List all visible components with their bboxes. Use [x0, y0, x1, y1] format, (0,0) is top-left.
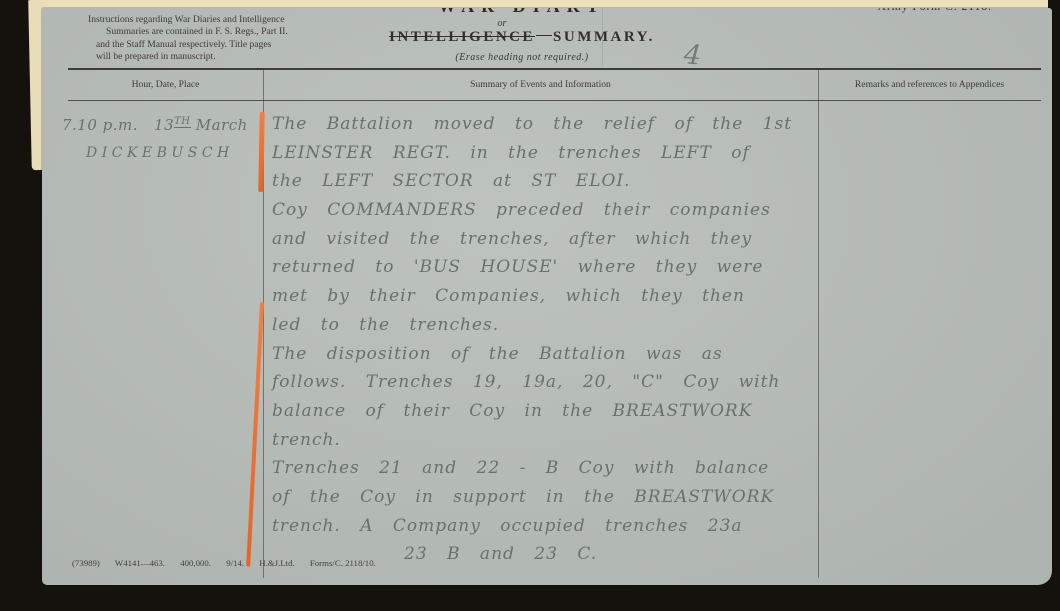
erase-heading-note: (Erase heading not required.) — [342, 52, 702, 63]
imprint-part: Forms/C. 2118/10. — [310, 558, 376, 568]
alt-title-struck-word: INTELLIGENCE — [389, 29, 535, 45]
imprint-part: H.&J.Ltd. — [259, 558, 294, 568]
alt-title-rest: SUMMARY. — [553, 29, 655, 45]
diary-line: and visited the trenches, after which th… — [272, 229, 862, 258]
diary-line: led to the trenches. — [272, 315, 862, 344]
diary-line: trench. — [272, 430, 862, 459]
imprint-part: 9/14. — [226, 558, 244, 568]
diary-line: LEINSTER REGT. in the trenches LEFT of — [272, 143, 862, 172]
diary-line: trench. A Company occupied trenches 23a — [272, 516, 862, 545]
table-header-rule — [68, 100, 1041, 101]
instructions-line: Summaries are contained in F. S. Regs., … — [88, 26, 358, 38]
diary-line: met by their Companies, which they then — [272, 286, 862, 315]
entry-date-month: March — [196, 116, 248, 134]
diary-line: follows. Trenches 19, 19a, 20, "C" Coy w… — [272, 372, 862, 401]
table-top-rule — [68, 68, 1041, 70]
column-header-hour-date-place: Hour, Date, Place — [68, 79, 263, 90]
entry-date-day: 13 — [154, 116, 174, 134]
scanned-war-diary-page: WAR DIARY Army Form C. 2118. Instruction… — [0, 0, 1060, 611]
diary-line: of the Coy in support in the BREASTWORK — [272, 487, 862, 516]
diary-line: Trenches 21 and 22 - B Coy with balance — [272, 458, 862, 487]
paper-crease — [602, 8, 603, 66]
printer-imprint: (73989) W4141—463. 400,000. 9/14. H.&J.L… — [72, 558, 389, 568]
alt-title-intelligence-summary: INTELLIGENCESUMMARY. — [342, 29, 702, 46]
instructions-block: Instructions regarding War Diaries and I… — [88, 14, 358, 63]
diary-line: The disposition of the Battalion was as — [272, 344, 862, 373]
orange-margin-stroke-lower — [246, 302, 264, 567]
strikethrough-line — [536, 35, 552, 37]
entry-hour-date: 7.10 p.m.13TH March — [62, 116, 272, 134]
instructions-line: Instructions regarding War Diaries and I… — [88, 14, 358, 26]
instructions-line: and the Staff Manual respectively. Title… — [88, 39, 358, 51]
column-header-remarks: Remarks and references to Appendices — [818, 79, 1041, 90]
army-form-number: Army Form C. 2118. — [742, 8, 992, 13]
column-header-summary: Summary of Events and Information — [263, 79, 818, 90]
handwritten-page-number: 4 — [683, 39, 702, 71]
summary-of-events-text: The Battalion moved to the relief of the… — [272, 114, 862, 573]
instructions-line: will be prepared in manuscript. — [88, 51, 358, 63]
entry-hour: 7.10 p.m. — [62, 116, 138, 134]
diary-line: The Battalion moved to the relief of the… — [272, 114, 862, 143]
entry-place: DICKEBUSCH — [86, 145, 234, 161]
war-diary-form-page: WAR DIARY Army Form C. 2118. Instruction… — [42, 8, 1052, 585]
entry-date-ordinal: TH — [174, 116, 190, 128]
imprint-part: W4141—463. — [115, 558, 165, 568]
imprint-part: 400,000. — [180, 558, 211, 568]
diary-line: balance of their Coy in the BREASTWORK — [272, 401, 862, 430]
diary-line: returned to 'BUS HOUSE' where they were — [272, 257, 862, 286]
diary-line: Coy COMMANDERS preceded their companies — [272, 200, 862, 229]
title-conjunction: or — [342, 18, 662, 29]
imprint-part: (73989) — [72, 558, 100, 568]
form-title: WAR DIARY — [372, 8, 672, 17]
diary-line: the LEFT SECTOR at ST ELOI. — [272, 171, 862, 200]
